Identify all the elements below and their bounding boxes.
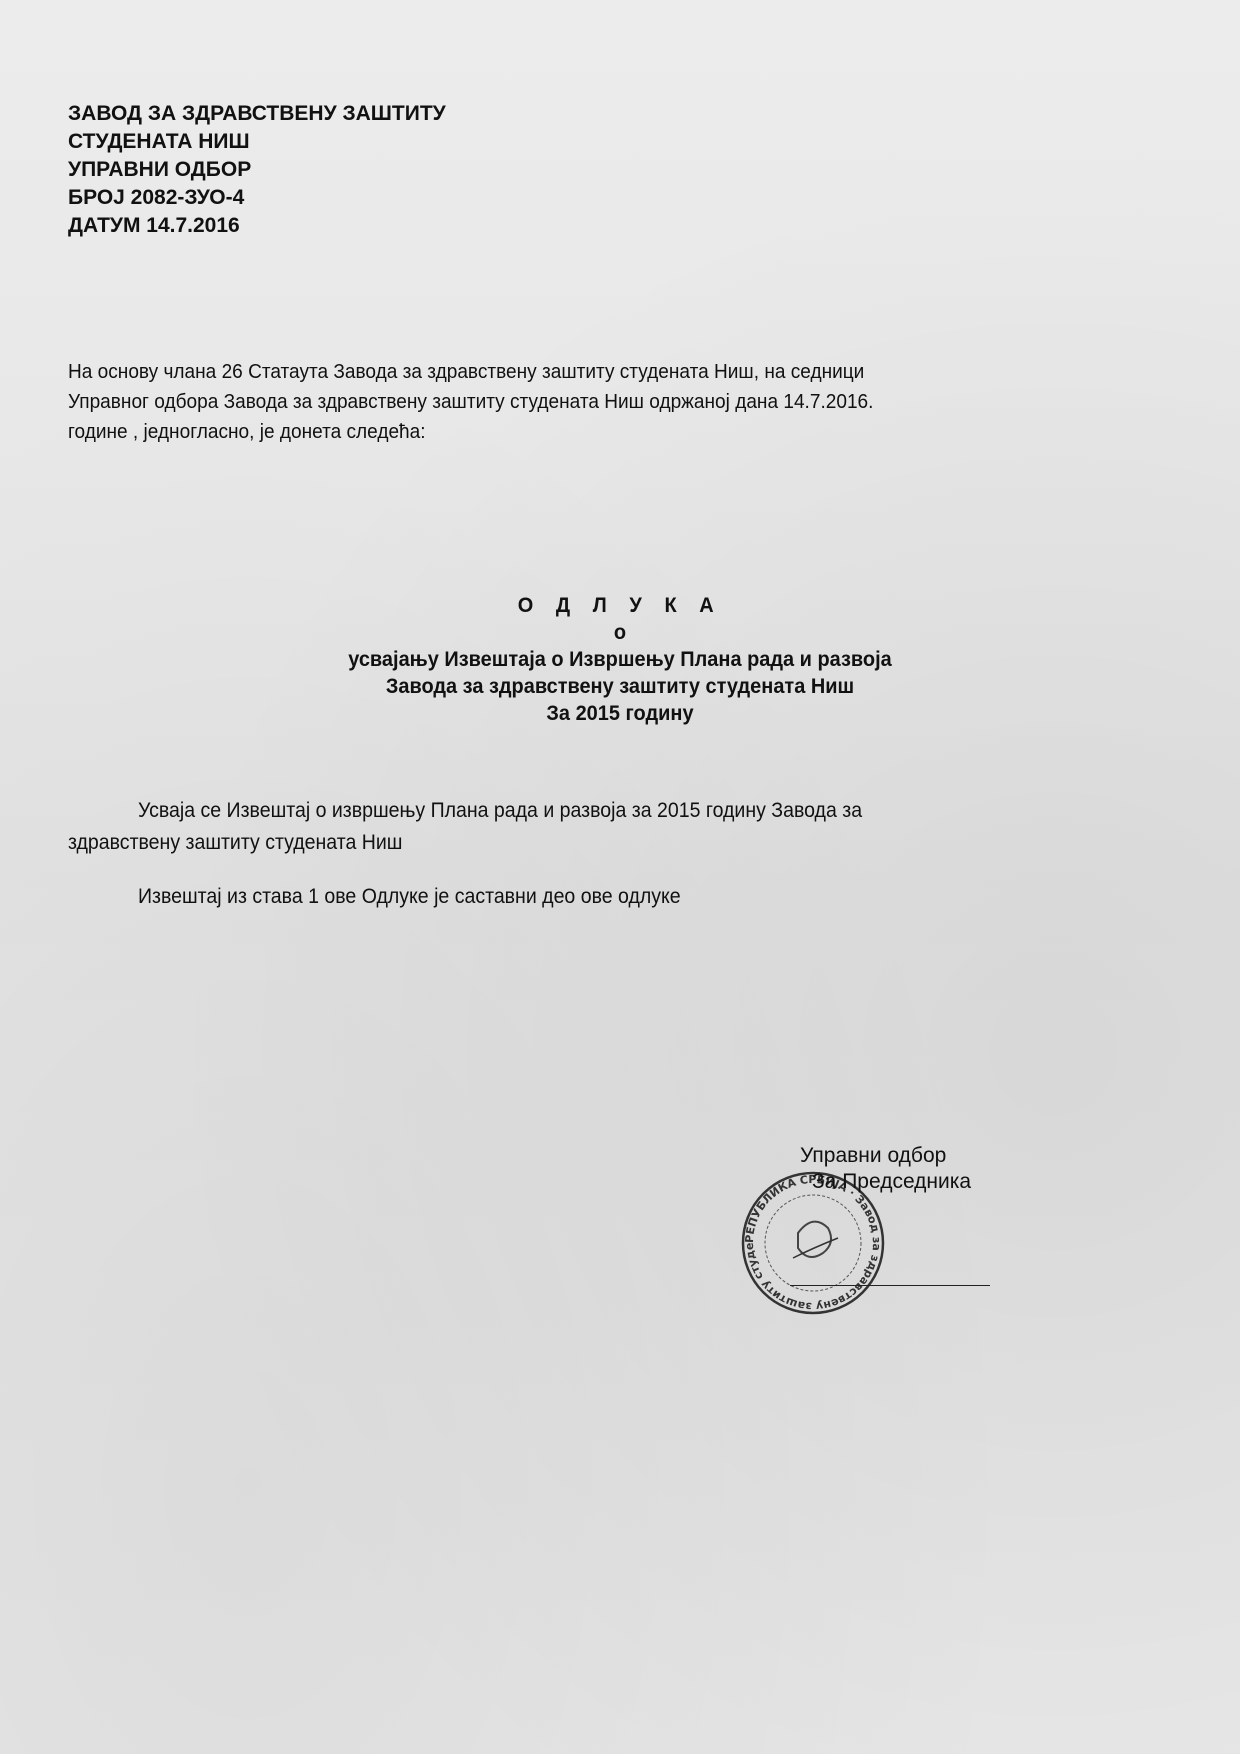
signature-block: Управни одбор За Председника <box>800 1143 971 1195</box>
paragraph-2: Извештај из става 1 ове Одлуке је састав… <box>138 882 681 912</box>
board-name: УПРАВНИ ОДБОР <box>68 156 446 184</box>
intro-line: Управног одбора Завода за здравствену за… <box>68 387 1072 417</box>
paragraph-1-line-2: здравствену заштиту студената Ниш <box>68 828 402 858</box>
signature-board: Управни одбор <box>800 1143 971 1169</box>
paragraph-1-line-1: Усваја се Извештај о извршењу Плана рада… <box>138 796 862 826</box>
decision-subtitle-line: усвајању Извештаја о Извршењу Плана рада… <box>31 646 1209 673</box>
decision-subtitle-line: Завода за здравствену заштиту студената … <box>31 673 1209 700</box>
intro-line: На основу члана 26 Статаута Завода за зд… <box>68 357 1072 387</box>
decision-title-block: О Д Л У К А о усвајању Извештаја о Изврш… <box>31 592 1209 727</box>
signature-line <box>790 1285 990 1286</box>
intro-line: године , једногласно, је донета следећа: <box>68 417 1072 447</box>
decision-subtitle-line: о <box>31 619 1209 646</box>
institution-city: СТУДЕНАТА НИШ <box>68 128 446 156</box>
signature-role: За Председника <box>812 1169 971 1195</box>
decision-title: О Д Л У К А <box>31 592 1209 619</box>
document-header: ЗАВОД ЗА ЗДРАВСТВЕНУ ЗАШТИТУ СТУДЕНАТА Н… <box>68 100 446 240</box>
document-number: БРОЈ 2082-ЗУО-4 <box>68 184 446 212</box>
document-date: ДАТУМ 14.7.2016 <box>68 212 446 240</box>
institution-name: ЗАВОД ЗА ЗДРАВСТВЕНУ ЗАШТИТУ <box>68 100 446 128</box>
intro-paragraph: На основу члана 26 Статаута Завода за зд… <box>68 357 1072 447</box>
decision-subtitle-line: За 2015 годину <box>31 700 1209 727</box>
